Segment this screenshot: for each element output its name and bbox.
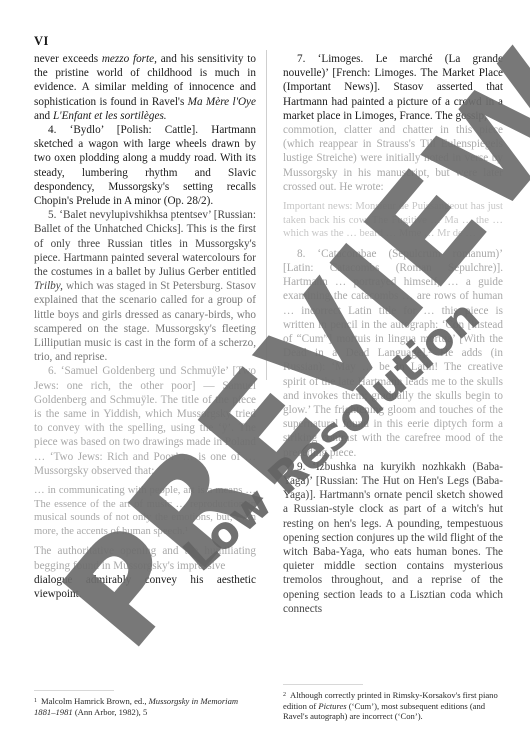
paragraph-limoges: 7. ‘Limoges. Le marché (La grande nouvel… (283, 52, 503, 123)
paragraph-goldenberg-schmuyle: 6. ‘Samuel Goldenberg und Schmuÿle’ [Two… (34, 364, 256, 478)
paragraph-catacombae: 8. ‘Catacombae (Sepulcrum romanum)’ [Lat… (283, 247, 503, 460)
paragraph-dialogue-end: dialogue admirably convey his aesthetic … (34, 573, 256, 601)
footnote-rule-left (34, 690, 114, 691)
paragraph-dialogue-faded: The authoritative opening and the humili… (34, 544, 256, 572)
footnote-mark: 2 (283, 692, 286, 698)
paragraph-ballet-unhatched-chicks: 5. ‘Balet nevylupivshikhsa ptentsev’ [Ru… (34, 208, 256, 364)
paragraph-baba-yaga: 9. ‘Izbushka na kuryikh nozhkakh (Baba-Y… (283, 460, 503, 616)
paragraph-bydlo: 4. ‘Bydlo’ [Polish: Cattle]. Hartmann sk… (34, 123, 256, 208)
page-number: VI (34, 34, 49, 49)
paragraph-intro-continued: never exceeds mezzo forte, and his sensi… (34, 52, 256, 123)
paragraph-limoges-faded: commotion, clatter and chatter in this p… (283, 123, 503, 194)
quote-important-news: Important news: Monsieur de Puissangeout… (283, 200, 503, 241)
right-column: 7. ‘Limoges. Le marché (La grande nouvel… (283, 52, 503, 616)
footnote-mark: 1 (34, 698, 37, 704)
footnote-1: 1Malcolm Hamrick Brown, ed., Mussorgsky … (34, 696, 256, 717)
left-column: never exceeds mezzo forte, and his sensi… (34, 52, 256, 601)
footnote-2: 2Although correctly printed in Rimsky-Ko… (283, 690, 503, 722)
column-divider (266, 50, 267, 380)
score-preface-page: VI never exceeds mezzo forte, and his se… (0, 0, 530, 750)
footnote-rule-right (283, 684, 363, 685)
quote-mussorgsky: … in communicating with people, art is a… (34, 484, 256, 538)
